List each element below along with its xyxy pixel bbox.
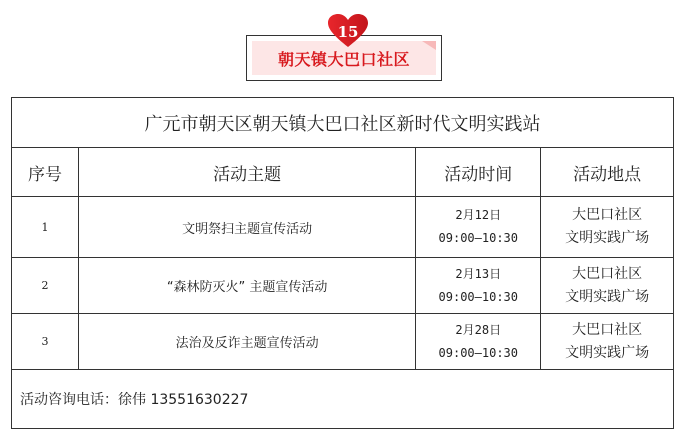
row-date: 2月12日 (416, 204, 540, 227)
table-row: 1 文明祭扫主题宣传活动 2月12日 09:00—10:30 大巴口社区 文明实… (12, 197, 674, 258)
row-topic: “森林防灭火” 主题宣传活动 (78, 258, 415, 314)
row-number: 3 (12, 314, 79, 370)
row-time: 2月12日 09:00—10:30 (416, 197, 541, 258)
table-header-row: 序号 活动主题 活动时间 活动地点 (12, 148, 674, 197)
header-time: 活动时间 (416, 148, 541, 197)
header-topic: 活动主题 (78, 148, 415, 197)
row-location: 大巴口社区 文明实践广场 (541, 197, 674, 258)
section-badge: 朝天镇大巴口社区 15 (246, 14, 442, 80)
row-topic: 文明祭扫主题宣传活动 (78, 197, 415, 258)
row-location-line1: 大巴口社区 (541, 319, 673, 342)
row-location-line1: 大巴口社区 (541, 263, 673, 286)
contact-info: 活动咨询电话：徐伟 13551630227 (12, 370, 674, 429)
header-no: 序号 (12, 148, 79, 197)
row-location: 大巴口社区 文明实践广场 (541, 314, 674, 370)
table-row: 2 “森林防灭火” 主题宣传活动 2月13日 09:00—10:30 大巴口社区… (12, 258, 674, 314)
row-time: 2月28日 09:00—10:30 (416, 314, 541, 370)
table-title-row: 广元市朝天区朝天镇大巴口社区新时代文明实践站 (12, 98, 674, 148)
row-number: 1 (12, 197, 79, 258)
table-title: 广元市朝天区朝天镇大巴口社区新时代文明实践站 (12, 98, 674, 148)
header-location: 活动地点 (541, 148, 674, 197)
row-location-line2: 文明实践广场 (541, 286, 673, 309)
row-date: 2月13日 (416, 263, 540, 286)
row-hours: 09:00—10:30 (416, 342, 540, 365)
row-time: 2月13日 09:00—10:30 (416, 258, 541, 314)
row-date: 2月28日 (416, 319, 540, 342)
row-location-line2: 文明实践广场 (541, 227, 673, 250)
row-hours: 09:00—10:30 (416, 286, 540, 309)
row-location: 大巴口社区 文明实践广场 (541, 258, 674, 314)
row-topic: 法治及反诈主题宣传活动 (78, 314, 415, 370)
activity-table: 广元市朝天区朝天镇大巴口社区新时代文明实践站 序号 活动主题 活动时间 活动地点… (11, 97, 674, 429)
row-number: 2 (12, 258, 79, 314)
badge-number: 15 (328, 23, 368, 41)
row-hours: 09:00—10:30 (416, 227, 540, 250)
table-row: 3 法治及反诈主题宣传活动 2月28日 09:00—10:30 大巴口社区 文明… (12, 314, 674, 370)
table-footer-row: 活动咨询电话：徐伟 13551630227 (12, 370, 674, 429)
row-location-line1: 大巴口社区 (541, 204, 673, 227)
row-location-line2: 文明实践广场 (541, 342, 673, 365)
